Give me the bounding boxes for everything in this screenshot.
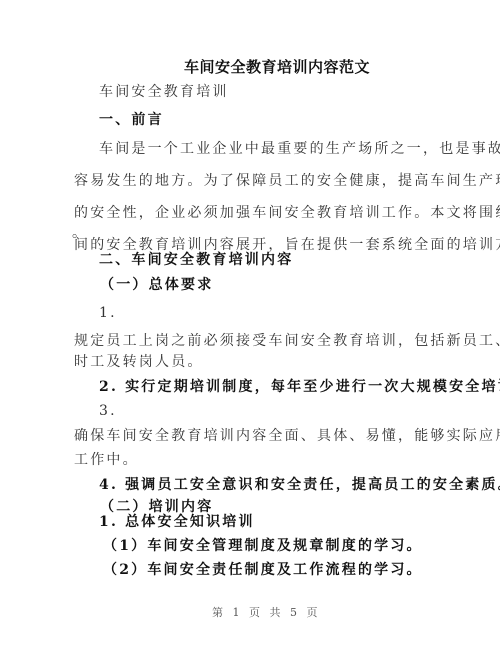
page-footer: 第 1 页 共 5 页	[212, 604, 320, 622]
list-item-number: 3.	[99, 402, 117, 420]
list-item-line: 时工及转岗人员。	[74, 353, 204, 371]
paragraph-line: 。	[72, 224, 88, 242]
list-item: 4. 强调员工安全意识和安全责任，提高员工的安全素质。	[99, 476, 500, 494]
section-heading-content: 二、车间安全教育培训内容	[99, 251, 293, 269]
document-title: 车间安全教育培训内容范文	[184, 58, 370, 76]
list-item: （2）车间安全责任制度及工作流程的学习。	[103, 561, 423, 579]
paragraph-line: 容易发生的地方。为了保障员工的安全健康，提高车间生产环境	[74, 172, 500, 190]
paragraph-line: 车间是一个工业企业中最重要的生产场所之一，也是事故最	[99, 140, 500, 158]
list-item-line: 工作中。	[74, 451, 139, 469]
list-item-line: 规定员工上岗之前必须接受车间安全教育培训，包括新员工、临	[74, 332, 500, 350]
section-heading-preface: 一、前言	[99, 111, 164, 129]
list-item-number: 1.	[99, 304, 117, 322]
list-item: 1. 总体安全知识培训	[99, 513, 255, 531]
document-page: 车间安全教育培训内容范文 车间安全教育培训 一、前言 车间是一个工业企业中最重要…	[0, 0, 500, 647]
subsection-heading-general: （一）总体要求	[100, 276, 213, 294]
list-item: 2. 实行定期培训制度，每年至少进行一次大规模安全培训。	[99, 378, 500, 396]
document-subtitle: 车间安全教育培训	[99, 83, 229, 101]
list-item-line: 确保车间安全教育培训内容全面、具体、易懂，能够实际应用到	[74, 427, 500, 445]
paragraph-line: 的安全性，企业必须加强车间安全教育培训工作。本文将围绕车	[74, 204, 500, 222]
list-item: （1）车间安全管理制度及规章制度的学习。	[103, 537, 423, 555]
